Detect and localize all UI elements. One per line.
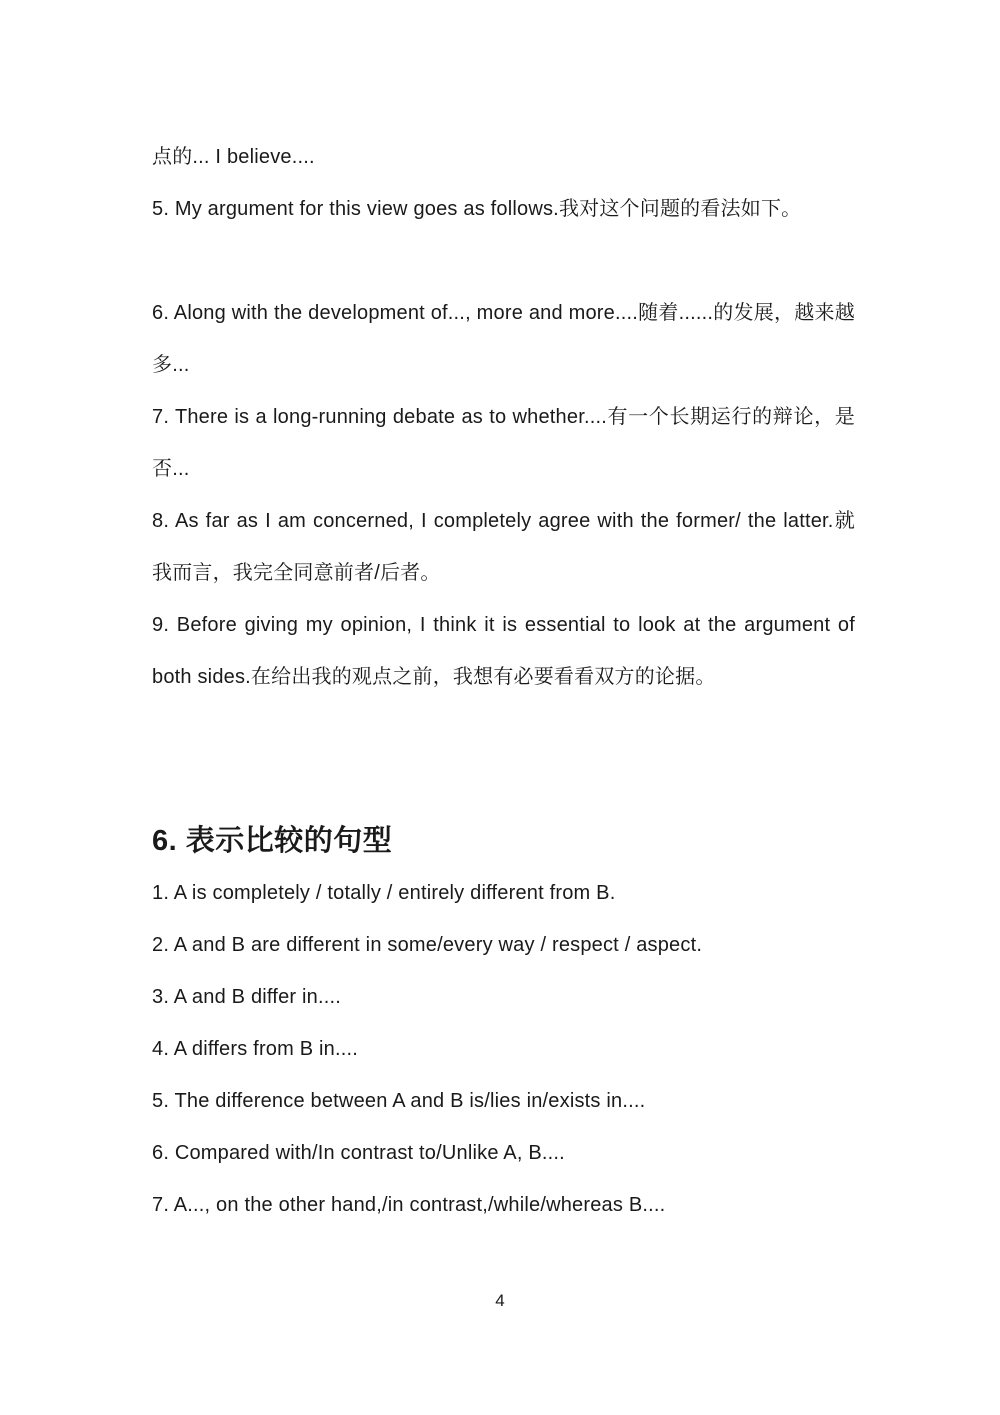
comparison-item: 6. Compared with/In contrast to/Unlike A… bbox=[152, 1127, 855, 1179]
document-page: 点的... I believe.... 5. My argument for t… bbox=[0, 0, 1000, 1415]
paragraph-before-giving-opinion: 9. Before giving my opinion, I think it … bbox=[152, 599, 855, 703]
comparison-item: 2. A and B are different in some/every w… bbox=[152, 919, 855, 971]
document-body: 点的... I believe.... 5. My argument for t… bbox=[0, 0, 1000, 1231]
comparison-item: 4. A differs from B in.... bbox=[152, 1023, 855, 1075]
paragraph-believe: 点的... I believe.... bbox=[152, 131, 855, 183]
paragraph-as-far-as-concerned: 8. As far as I am concerned, I completel… bbox=[152, 495, 855, 599]
comparison-item: 5. The difference between A and B is/lie… bbox=[152, 1075, 855, 1127]
paragraph-argument-view: 5. My argument for this view goes as fol… bbox=[152, 183, 855, 235]
page-number: 4 bbox=[0, 1290, 1000, 1312]
section-heading-comparison: 6. 表示比较的句型 bbox=[152, 815, 855, 867]
paragraph-along-with-development: 6. Along with the development of..., mor… bbox=[152, 287, 855, 391]
comparison-item: 3. A and B differ in.... bbox=[152, 971, 855, 1023]
comparison-item: 7. A..., on the other hand,/in contrast,… bbox=[152, 1179, 855, 1231]
paragraph-long-running-debate: 7. There is a long-running debate as to … bbox=[152, 391, 855, 495]
comparison-item: 1. A is completely / totally / entirely … bbox=[152, 867, 855, 919]
